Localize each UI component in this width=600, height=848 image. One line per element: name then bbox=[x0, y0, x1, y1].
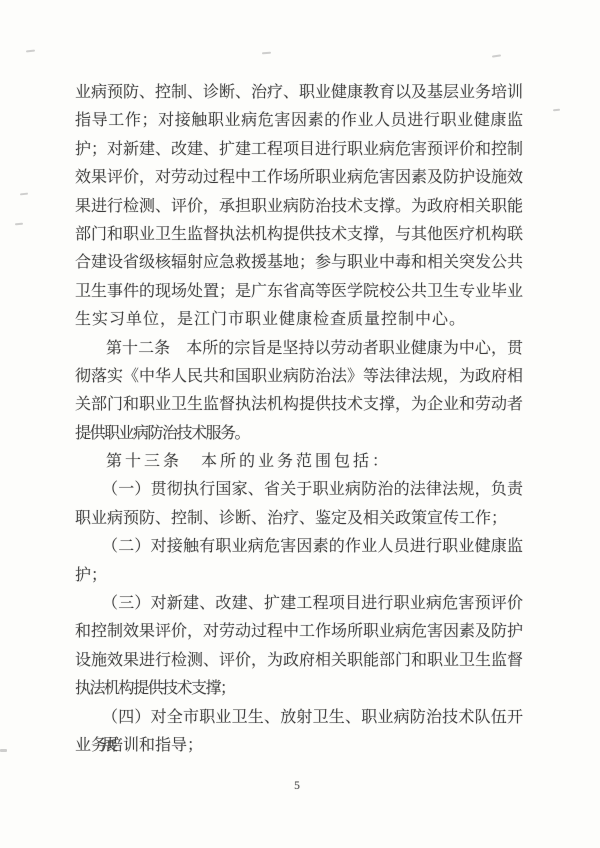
text-line: 卫生事件的现场处置；是广东省高等医学院校公共卫生专业毕业 bbox=[75, 278, 523, 306]
text-line: （三）对新建、改建、扩建工程项目进行职业病危害预评价 bbox=[75, 590, 523, 618]
text-line: 业务培训和指导； bbox=[75, 732, 523, 760]
text-line: 业病预防、控制、诊断、治疗、职业健康教育以及基层业务培训 bbox=[75, 79, 523, 107]
scan-artifact bbox=[553, 109, 560, 112]
text-line: 设施效果进行检测、评价，为政府相关职能部门和职业卫生监督 bbox=[75, 647, 523, 675]
text-line: 职业病预防、控制、诊断、治疗、鉴定及相关政策宣传工作； bbox=[75, 505, 523, 533]
document-page: 业病预防、控制、诊断、治疗、职业健康教育以及基层业务培训指导工作；对接触职业病危… bbox=[0, 0, 600, 848]
scan-artifact bbox=[26, 50, 35, 53]
text-line: 第十三条 本所的业务范围包括： bbox=[75, 448, 523, 476]
page-number: 5 bbox=[0, 780, 594, 792]
text-line: 部门和职业卫生监督执法机构提供技术支撑，与其他医疗机构联 bbox=[75, 221, 523, 249]
text-line: 生实习单位，是江门市职业健康检查质量控制中心。 bbox=[75, 306, 523, 334]
scan-artifact bbox=[262, 52, 271, 55]
text-line: 第十二条 本所的宗旨是坚持以劳动者职业健康为中心，贯 bbox=[75, 335, 523, 363]
text-line: 提供职业病防治技术服务。 bbox=[75, 420, 523, 448]
text-line: 果进行检测、评价，承担职业病防治技术支撑。为政府相关职能 bbox=[75, 193, 523, 221]
text-block: 业病预防、控制、诊断、治疗、职业健康教育以及基层业务培训指导工作；对接触职业病危… bbox=[75, 79, 523, 760]
scan-artifact bbox=[0, 749, 7, 752]
scan-artifact bbox=[20, 193, 28, 196]
text-line: 合建设省级核辐射应急救援基地；参与职业中毒和相关突发公共 bbox=[75, 249, 523, 277]
text-line: （二）对接触有职业病危害因素的作业人员进行职业健康监 bbox=[75, 533, 523, 561]
text-line: （一）贯彻执行国家、省关于职业病防治的法律法规，负责 bbox=[75, 476, 523, 504]
text-line: 和控制效果评价，对劳动过程中工作场所职业病危害因素及防护 bbox=[75, 618, 523, 646]
text-line: 效果评价，对劳动过程中工作场所职业病危害因素及防护设施效 bbox=[75, 164, 523, 192]
text-line: 护；对新建、改建、扩建工程项目进行职业病危害预评价和控制 bbox=[75, 136, 523, 164]
scan-artifact bbox=[15, 223, 23, 226]
scan-artifact bbox=[492, 54, 501, 57]
text-line: 关部门和职业卫生监督执法机构提供技术支撑，为企业和劳动者 bbox=[75, 391, 523, 419]
text-line: 护； bbox=[75, 562, 523, 590]
text-line: 指导工作；对接触职业病危害因素的作业人员进行职业健康监 bbox=[75, 107, 523, 135]
text-line: 执法机构提供技术支撑； bbox=[75, 675, 523, 703]
text-line: 彻落实《中华人民共和国职业病防治法》等法律法规，为政府相 bbox=[75, 363, 523, 391]
text-line: （四）对全市职业卫生、放射卫生、职业病防治技术队伍开展 bbox=[75, 704, 523, 732]
